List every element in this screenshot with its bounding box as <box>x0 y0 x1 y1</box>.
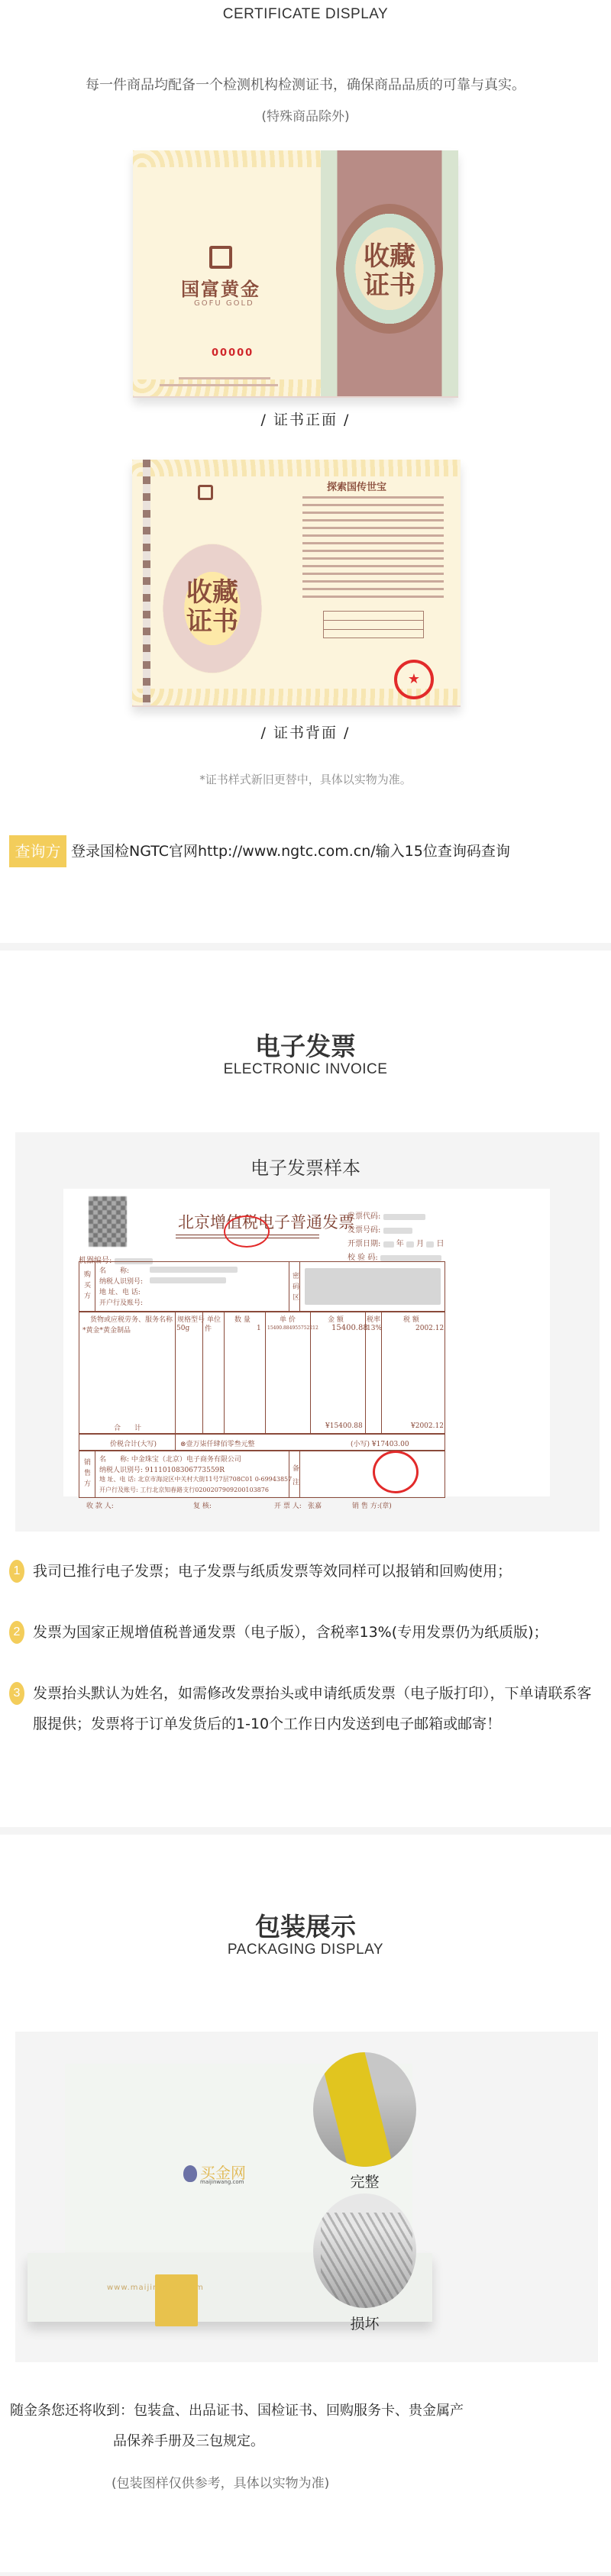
invoice-section-title: 电子发票 <box>0 1027 611 1063</box>
seller-seal-icon <box>373 1451 419 1493</box>
section-divider <box>0 1827 611 1835</box>
qr-code-icon <box>89 1196 127 1247</box>
certificate-brand-zh: 国富黄金 <box>181 274 260 301</box>
invoice-items-table: 货物或应税劳务、服务名称 规格型号 单位 数 量 单 价 金 额 税率 税 额 … <box>79 1312 445 1434</box>
certificate-back-title: 探索国传世宝 <box>327 479 386 493</box>
invoice-total-amount: (小写) ¥17403.00 <box>351 1438 409 1448</box>
certificate-back-caption: / 证书背面 / <box>0 721 611 742</box>
invoice-total-words: ⊗壹万柒仟肆佰零叁元整 <box>180 1438 255 1448</box>
package-includes-line1: 随金条您还将收到：包装盒、出品证书、国检证书、回购服务卡、贵金属产 <box>10 2400 464 2419</box>
query-method-badge: 查询方式 <box>9 835 66 867</box>
seal-broken-label: 损坏 <box>313 2313 416 2333</box>
red-seal-icon <box>394 660 434 699</box>
invoice-note-1: 我司已推行电子发票；电子发票与纸质发票等效同样可以报销和回购使用； <box>33 1556 604 1587</box>
certificate-note: *证书样式新旧更替中，具体以实物为准。 <box>0 771 611 787</box>
list-number-1-icon: 1 <box>9 1560 24 1583</box>
money-bag-icon <box>183 2165 197 2182</box>
certificate-intro-subtext: (特殊商品除外) <box>0 105 611 124</box>
seal-intact-label: 完整 <box>313 2171 416 2191</box>
gofu-logo-icon <box>198 485 213 500</box>
tax-bureau-stamp-icon <box>224 1215 270 1248</box>
certificate-front-image: 国富黄金 GOFU GOLD 00000 收藏证书 <box>133 150 458 398</box>
certificate-intro-text: 每一件商品均配备一个检测机构检测证书，确保商品品质的可靠与真实。 <box>0 74 611 94</box>
certificate-front-caption: / 证书正面 / <box>0 408 611 429</box>
certificate-brand-en: GOFU GOLD <box>194 299 254 308</box>
package-note: (包装图样仅供参考，具体以实物为准) <box>112 2472 329 2491</box>
certificate-front-cover-text: 收藏证书 <box>354 242 425 300</box>
invoice-total-row: 价税合计(大写) ⊗壹万柒仟肆佰零叁元整 (小写) ¥17403.00 <box>79 1434 445 1451</box>
certificate-back-table <box>323 611 424 638</box>
list-number-3-icon: 3 <box>9 1682 24 1705</box>
invoice-sample-title: 电子发票样本 <box>0 1153 611 1180</box>
list-number-2-icon: 2 <box>9 1621 24 1644</box>
packaging-section-subtitle: PACKAGING DISPLAY <box>0 1942 611 1958</box>
certificate-back-image: 收藏证书 探索国传世宝 <box>132 460 461 707</box>
gofu-logo-icon <box>209 246 232 269</box>
invoice-sample-image: 北京增值税电子普通发票 发票代码: 发票号码: 开票日期: 年 月 日 校 验 … <box>63 1189 550 1496</box>
security-seal-sticker <box>155 2274 198 2326</box>
packaging-image-panel: 买金网 maijinwang.com www.maijinwang.com 完整… <box>15 2032 598 2362</box>
seal-broken-photo <box>313 2193 416 2308</box>
section-divider <box>0 2572 611 2576</box>
certificate-back-cover-text: 收藏证书 <box>176 578 248 636</box>
invoice-buyer-block: 购买方 名 称: 纳税人识别号: 地 址、电 话: 开户行及账号: 密码区 <box>79 1261 445 1312</box>
query-method-text: 登录国检NGTC官网http://www.ngtc.com.cn/输入15位查询… <box>71 835 510 867</box>
invoice-item-name: *黄金*黄金制品 <box>82 1325 131 1335</box>
seal-intact-photo <box>313 2052 416 2167</box>
certificate-serial: 00000 <box>212 347 254 359</box>
section-divider <box>0 943 611 951</box>
invoice-note-3: 发票抬头默认为姓名，如需修改发票抬头或申请纸质发票（电子版打印），下单请联系客服… <box>33 1678 604 1739</box>
invoice-meta: 发票代码: 发票号码: 开票日期: 年 月 日 校 验 码: <box>348 1210 445 1265</box>
package-includes-line2: 品保养手册及三包规定。 <box>113 2430 264 2450</box>
certificate-section-title: CERTIFICATE DISPLAY <box>0 6 611 23</box>
packaging-section-title: 包装展示 <box>0 1907 611 1943</box>
certificate-front-cover-band: 收藏证书 <box>321 150 458 396</box>
invoice-section-subtitle: ELECTRONIC INVOICE <box>0 1061 611 1078</box>
invoice-note-2: 发票为国家正规增值税普通发票（电子版），含税率13%(专用发票仍为纸质版)； <box>33 1617 604 1648</box>
